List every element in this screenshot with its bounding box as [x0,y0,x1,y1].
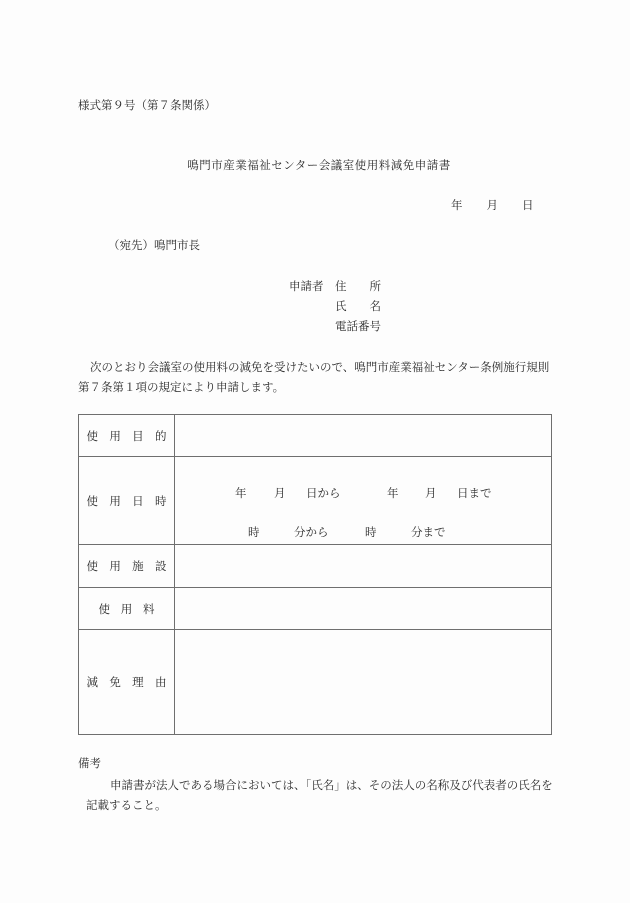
table-row-purpose: 使 用 目 的 [79,415,552,457]
notes-title: 備考 [78,755,101,771]
date-year: 年 [451,197,463,213]
addressee: （宛先）鳴門市長 [108,237,200,253]
applicant-name-label: 氏 名 [335,298,381,314]
purpose-field[interactable] [175,415,552,457]
applicant-phone-label: 電話番号 [335,318,381,334]
document-title: 鳴門市産業福祉センター会議室使用料減免申請書 [0,157,630,173]
label-fee: 使 用 料 [79,588,175,630]
application-table: 使 用 目 的 使 用 日 時 年 月 日から 年 月 日まで [78,414,552,735]
reason-field[interactable] [175,630,552,735]
applicant-address-label: 住 所 [335,278,381,294]
form-number: 様式第９号（第７条関係） [78,97,216,113]
table-row-datetime: 使 用 日 時 年 月 日から 年 月 日まで 時 分から 時 分まで [79,457,552,545]
date-month: 月 [487,197,499,213]
label-datetime: 使 用 日 時 [79,457,175,545]
table-row-facility: 使 用 施 設 [79,545,552,588]
notes-body: 申請書が法人である場合においては、「氏名」は、その法人の名称及び代表者の氏名を記… [78,775,556,815]
submission-date: 年月日 [451,197,534,213]
date-day: 日 [522,197,534,213]
time-range-line: 時 分から 時 分まで [175,524,551,544]
label-reason: 減 免 理 由 [79,630,175,735]
applicant-label: 申請者 [289,278,324,294]
fee-field[interactable] [175,588,552,630]
facility-field[interactable] [175,545,552,588]
label-facility: 使 用 施 設 [79,545,175,588]
datetime-field[interactable]: 年 月 日から 年 月 日まで 時 分から 時 分まで [175,457,552,545]
request-statement: 次のとおり会議室の使用料の減免を受けたいので、鳴門市産業福祉センター条例施行規則… [78,357,553,397]
table-row-reason: 減 免 理 由 [79,630,552,735]
table-row-fee: 使 用 料 [79,588,552,630]
label-purpose: 使 用 目 的 [79,415,175,457]
date-range-line: 年 月 日から 年 月 日まで [175,485,551,505]
